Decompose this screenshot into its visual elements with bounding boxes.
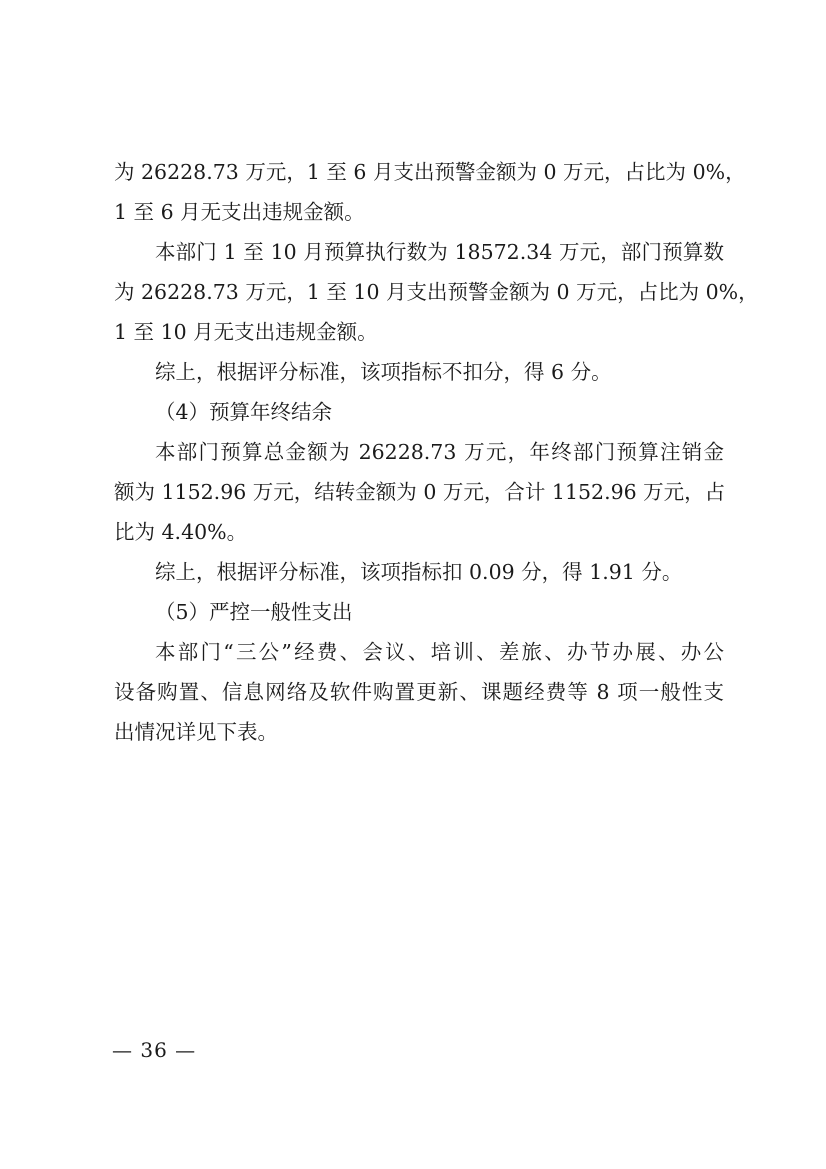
paragraph-general-expenditure: 本部门“三公”经费、会议、培训、差旅、办节办展、办公 设备购置、信息网络及软件购… [114, 632, 724, 752]
text-line: 本部门“三公”经费、会议、培训、差旅、办节办展、办公 [114, 632, 724, 672]
paragraph-score-summary-1: 综上，根据评分标准，该项指标不扣分，得 6 分。 [114, 352, 724, 392]
section-heading-year-end-balance: （4）预算年终结余 [114, 392, 724, 432]
text-line: 本部门预算总金额为 26228.73 万元，年终部门预算注销金 [114, 432, 724, 472]
document-body: 为 26228.73 万元，1 至 6 月支出预警金额为 0 万元，占比为 0%… [114, 152, 724, 752]
text-line: 1 至 10 月无支出违规金额。 [114, 312, 724, 352]
paragraph-score-summary-2: 综上，根据评分标准，该项指标扣 0.09 分，得 1.91 分。 [114, 552, 724, 592]
paragraph-h1-budget-warning-continuation: 为 26228.73 万元，1 至 6 月支出预警金额为 0 万元，占比为 0%… [114, 152, 724, 232]
page-number: — 36 — [112, 1036, 196, 1064]
text-line: 设备购置、信息网络及软件购置更新、课题经费等 8 项一般性支 [114, 672, 724, 712]
text-line: 1 至 6 月无支出违规金额。 [114, 192, 724, 232]
text-line: 综上，根据评分标准，该项指标扣 0.09 分，得 1.91 分。 [114, 552, 724, 592]
text-line: 比为 4.40%。 [114, 512, 724, 552]
section-heading: （5）严控一般性支出 [114, 592, 724, 632]
text-line: 为 26228.73 万元，1 至 6 月支出预警金额为 0 万元，占比为 0%… [114, 152, 724, 192]
text-line: 额为 1152.96 万元，结转金额为 0 万元，合计 1152.96 万元，占 [114, 472, 724, 512]
text-line: 综上，根据评分标准，该项指标不扣分，得 6 分。 [114, 352, 724, 392]
paragraph-jan-oct-budget-execution: 本部门 1 至 10 月预算执行数为 18572.34 万元，部门预算数 为 2… [114, 232, 724, 352]
text-line: 本部门 1 至 10 月预算执行数为 18572.34 万元，部门预算数 [114, 232, 724, 272]
paragraph-year-end-balance: 本部门预算总金额为 26228.73 万元，年终部门预算注销金 额为 1152.… [114, 432, 724, 552]
text-line: 出情况详见下表。 [114, 712, 724, 752]
section-heading: （4）预算年终结余 [114, 392, 724, 432]
text-line: 为 26228.73 万元，1 至 10 月支出预警金额为 0 万元，占比为 0… [114, 272, 724, 312]
section-heading-general-expenditure: （5）严控一般性支出 [114, 592, 724, 632]
